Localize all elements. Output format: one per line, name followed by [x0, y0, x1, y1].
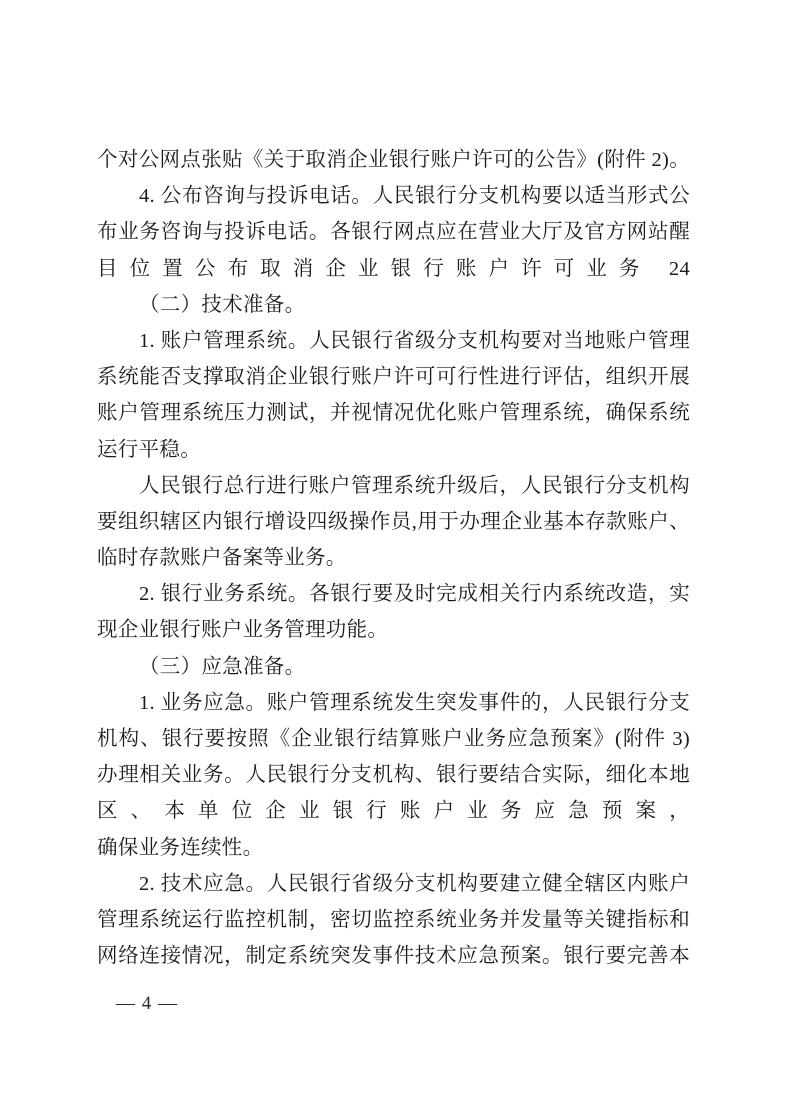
text-line: 2. 银行业务系统。各银行要及时完成相关行内系统改造，实 — [97, 576, 690, 612]
text-line: 确保业务连续性。 — [97, 830, 690, 866]
text-line: 4. 公布咨询与投诉电话。人民银行分支机构要以适当形式公 — [97, 178, 690, 214]
text-line: 1. 账户管理系统。人民银行省级分支机构要对当地账户管理 — [97, 323, 690, 359]
text-line: （三）应急准备。 — [97, 649, 690, 685]
text-line: 人民银行总行进行账户管理系统升级后，人民银行分支机构 — [97, 468, 690, 504]
document-body: 个对公网点张贴《关于取消企业银行账户许可的公告》(附件 2)。4. 公布咨询与投… — [97, 142, 690, 974]
document-page: 个对公网点张贴《关于取消企业银行账户许可的公告》(附件 2)。4. 公布咨询与投… — [0, 0, 787, 1114]
text-line: 管理系统运行监控机制，密切监控系统业务并发量等关键指标和 — [97, 902, 690, 938]
text-line: 账户管理系统压力测试，并视情况优化账户管理系统，确保系统 — [97, 395, 690, 431]
text-line: 1. 业务应急。账户管理系统发生突发事件的，人民银行分支 — [97, 685, 690, 721]
text-line: 要组织辖区内银行增设四级操作员,用于办理企业基本存款账户、 — [97, 504, 690, 540]
text-line: 办理相关业务。人民银行分支机构、银行要结合实际，细化本地 — [97, 757, 690, 793]
text-line: （二）技术准备。 — [97, 287, 690, 323]
text-line: 目位置公布取消企业银行账户许可业务 24 小时咨询与投诉电话。 — [97, 251, 690, 287]
text-line: 2. 技术应急。人民银行省级分支机构要建立健全辖区内账户 — [97, 866, 690, 902]
text-line: 机构、银行要按照《企业银行结算账户业务应急预案》(附件 3) — [97, 721, 690, 757]
text-line: 网络连接情况，制定系统突发事件技术应急预案。银行要完善本 — [97, 938, 690, 974]
text-line: 临时存款账户备案等业务。 — [97, 540, 690, 576]
text-line: 个对公网点张贴《关于取消企业银行账户许可的公告》(附件 2)。 — [97, 142, 690, 178]
text-line: 布业务咨询与投诉电话。各银行网点应在营业大厅及官方网站醒 — [97, 214, 690, 250]
text-line: 区、本单位企业银行账户业务应急预案，完善业务应急处理机制， — [97, 793, 690, 829]
page-number: — 4 — — [116, 991, 178, 1017]
text-line: 运行平稳。 — [97, 432, 690, 468]
text-line: 系统能否支撑取消企业银行账户许可可行性进行评估，组织开展 — [97, 359, 690, 395]
text-line: 现企业银行账户业务管理功能。 — [97, 612, 690, 648]
